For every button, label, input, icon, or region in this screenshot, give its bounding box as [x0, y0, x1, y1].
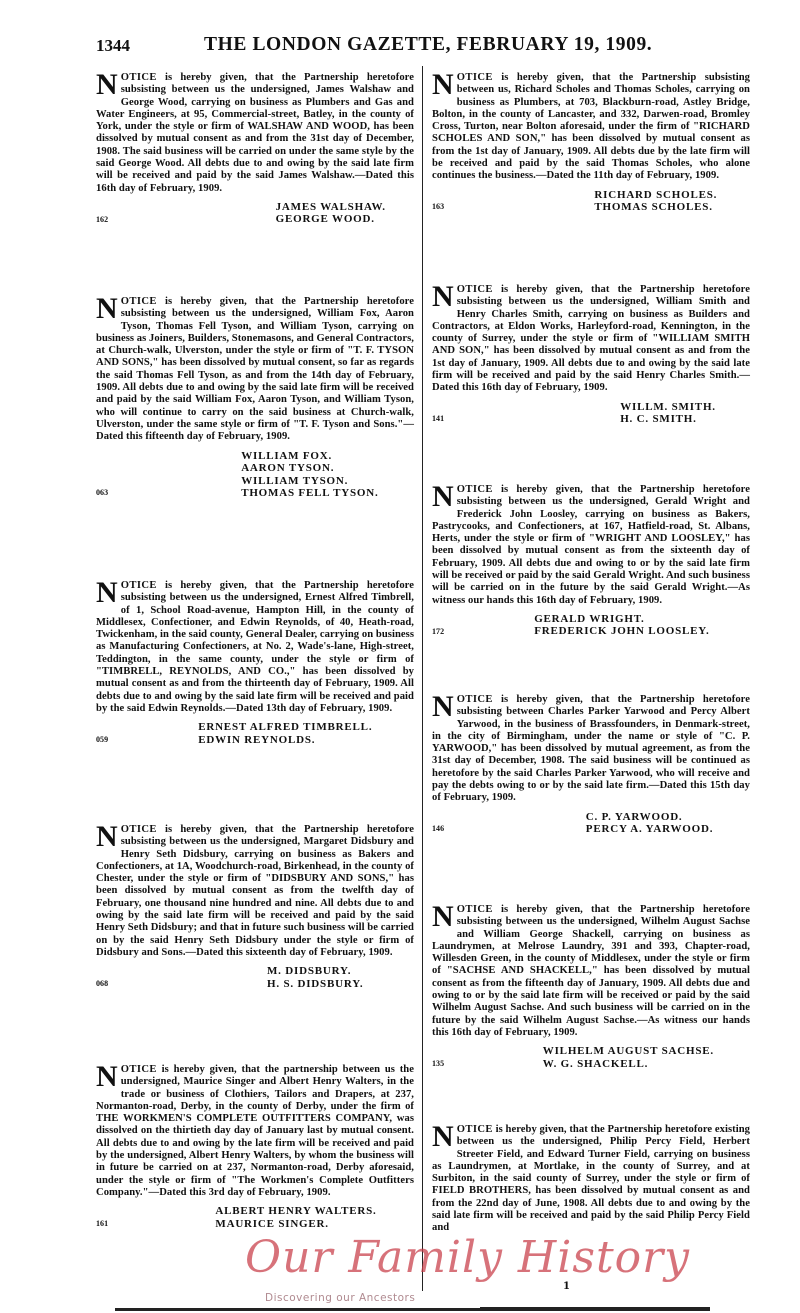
signature: GEORGE WOOD.	[96, 213, 414, 226]
notice-body: NOTICE is hereby given, that the Partner…	[432, 694, 750, 805]
drop-cap: N	[96, 1065, 118, 1089]
signatures: ERNEST ALFRED TIMBRELL.EDWIN REYNOLDS.05…	[96, 721, 414, 746]
signatures: M. DIDSBURY.H. S. DIDSBURY.068	[96, 965, 414, 990]
notice-reference-number: 146	[432, 823, 444, 835]
signature: THOMAS SCHOLES.	[432, 201, 750, 214]
notice: NOTICE is hereby given, that the Partner…	[432, 284, 750, 426]
notice-body: NOTICE is hereby given, that the Partner…	[432, 484, 750, 607]
notice-text: is hereby given, that the Partnership he…	[432, 284, 750, 393]
notice-text: is hereby given, that the Partnership he…	[432, 694, 750, 803]
notice-body: NOTICE is hereby given, that the partner…	[96, 1064, 414, 1199]
signatures: RICHARD SCHOLES.THOMAS SCHOLES.163	[432, 189, 750, 214]
signatures: WILHELM AUGUST SACHSE.W. G. SHACKELL.135	[432, 1045, 750, 1070]
signature: H. S. DIDSBURY.	[96, 978, 414, 991]
notice-text: is hereby given, that the Partnership he…	[96, 72, 414, 194]
signature: WILLM. SMITH.	[432, 401, 750, 414]
notice-reference-number: 163	[432, 201, 444, 213]
signature: PERCY A. YARWOOD.	[432, 823, 750, 836]
notice-lead: OTICE	[457, 1124, 493, 1135]
signature: C. P. YARWOOD.	[432, 811, 750, 824]
notice: NOTICE is hereby given, that the Partner…	[96, 580, 414, 746]
notice-reference-number: 141	[432, 413, 444, 425]
drop-cap: N	[96, 73, 118, 97]
notice-body: NOTICE is hereby given, that the Partner…	[432, 904, 750, 1039]
notice-body: NOTICE is hereby given, that the Partner…	[432, 284, 750, 395]
notice-lead: OTICE	[457, 484, 493, 495]
notice-body: NOTICE is hereby given, that the Partner…	[96, 580, 414, 715]
drop-cap: N	[96, 581, 118, 605]
notice-text: is hereby given, that the Partnership su…	[432, 72, 750, 181]
notice-reference-number: 172	[432, 626, 444, 638]
notice-text: is hereby given, that the Partnership he…	[432, 904, 750, 1038]
notice-reference-number: 068	[96, 978, 108, 990]
signature: RICHARD SCHOLES.	[432, 189, 750, 202]
notice: NOTICE is hereby given, that the partner…	[96, 1064, 414, 1230]
notice-text: is hereby given, that the Partnership he…	[432, 1124, 750, 1233]
notice-reference-number: 135	[432, 1058, 444, 1070]
notice: NOTICE is hereby given, that the Partner…	[432, 694, 750, 836]
notice-lead: OTICE	[457, 72, 493, 83]
notice-reference-number: 161	[96, 1218, 108, 1230]
notice-lead: OTICE	[457, 284, 493, 295]
notice-body: NOTICE is hereby given, that the Partner…	[432, 72, 750, 183]
signature: GERALD WRIGHT.	[432, 613, 750, 626]
notice-text: is hereby given, that the partnership be…	[96, 1064, 414, 1198]
notice-lead: OTICE	[457, 904, 493, 915]
drop-cap: N	[96, 825, 118, 849]
notice-lead: OTICE	[121, 580, 157, 591]
drop-cap: N	[432, 285, 454, 309]
drop-cap: N	[432, 485, 454, 509]
signature: MAURICE SINGER.	[96, 1218, 414, 1231]
notice-lead: OTICE	[121, 824, 157, 835]
gazette-title: THE LONDON GAZETTE, FEBRUARY 19, 1909.	[204, 34, 652, 56]
notice-body: NOTICE is hereby given, that the Partner…	[96, 296, 414, 444]
drop-cap: N	[96, 297, 118, 321]
signatures: C. P. YARWOOD.PERCY A. YARWOOD.146	[432, 811, 750, 836]
signatures: WILLM. SMITH.H. C. SMITH.141	[432, 401, 750, 426]
notice: NOTICE is hereby given, that the Partner…	[96, 72, 414, 226]
notice-lead: OTICE	[121, 72, 157, 83]
notice-body: NOTICE is hereby given, that the Partner…	[96, 824, 414, 959]
signature: FREDERICK JOHN LOOSLEY.	[432, 625, 750, 638]
notice-body: NOTICE is hereby given, that the Partner…	[432, 1124, 750, 1235]
signature: M. DIDSBURY.	[96, 965, 414, 978]
notice-text: is hereby given, that the Partnership he…	[96, 580, 414, 714]
notice: NOTICE is hereby given, that the Partner…	[432, 904, 750, 1070]
column-divider	[422, 66, 423, 1291]
watermark-script: Our Family History	[245, 1232, 690, 1283]
drop-cap: N	[432, 905, 454, 929]
notice-body: NOTICE is hereby given, that the Partner…	[96, 72, 414, 195]
notice-lead: OTICE	[457, 694, 493, 705]
watermark: Our Family History Discovering our Ances…	[245, 1232, 605, 1312]
signatures: GERALD WRIGHT.FREDERICK JOHN LOOSLEY.172	[432, 613, 750, 638]
signature: EDWIN REYNOLDS.	[96, 734, 414, 747]
bottom-rule	[480, 1307, 710, 1311]
notice: NOTICE is hereby given, that the Partner…	[432, 484, 750, 638]
signature: WILHELM AUGUST SACHSE.	[432, 1045, 750, 1058]
drop-cap: N	[432, 1125, 454, 1149]
notice: NOTICE is hereby given, that the Partner…	[432, 1124, 750, 1235]
page-number: 1344	[96, 36, 130, 56]
watermark-tagline: Discovering our Ancestors	[265, 1292, 415, 1304]
signature: WILLIAM FOX.	[96, 450, 414, 463]
signature: ALBERT HENRY WALTERS.	[96, 1205, 414, 1218]
notice-reference-number: 059	[96, 734, 108, 746]
notice: NOTICE is hereby given, that the Partner…	[96, 296, 414, 500]
signature: THOMAS FELL TYSON.	[96, 487, 414, 500]
page-header: 1344 THE LONDON GAZETTE, FEBRUARY 19, 19…	[96, 34, 751, 58]
signature: JAMES WALSHAW.	[96, 201, 414, 214]
signature: ERNEST ALFRED TIMBRELL.	[96, 721, 414, 734]
drop-cap: N	[432, 73, 454, 97]
folio-mark: 1	[563, 1281, 570, 1292]
bottom-rule	[115, 1308, 480, 1311]
notice-reference-number: 063	[96, 487, 108, 499]
signature: W. G. SHACKELL.	[432, 1058, 750, 1071]
drop-cap: N	[432, 695, 454, 719]
notice: NOTICE is hereby given, that the Partner…	[96, 824, 414, 990]
notice-text: is hereby given, that the Partnership he…	[432, 484, 750, 606]
signatures: WILLIAM FOX.AARON TYSON.WILLIAM TYSON.TH…	[96, 450, 414, 500]
signatures: ALBERT HENRY WALTERS.MAURICE SINGER.161	[96, 1205, 414, 1230]
signature: H. C. SMITH.	[432, 413, 750, 426]
notice-text: is hereby given, that the Partnership he…	[96, 296, 414, 442]
notice-reference-number: 162	[96, 214, 108, 226]
notice-text: is hereby given, that the Partnership he…	[96, 824, 414, 958]
signatures: JAMES WALSHAW.GEORGE WOOD.162	[96, 201, 414, 226]
signature: AARON TYSON.	[96, 462, 414, 475]
notice: NOTICE is hereby given, that the Partner…	[432, 72, 750, 214]
notice-lead: OTICE	[121, 1064, 157, 1075]
notice-lead: OTICE	[121, 296, 157, 307]
signature: WILLIAM TYSON.	[96, 475, 414, 488]
